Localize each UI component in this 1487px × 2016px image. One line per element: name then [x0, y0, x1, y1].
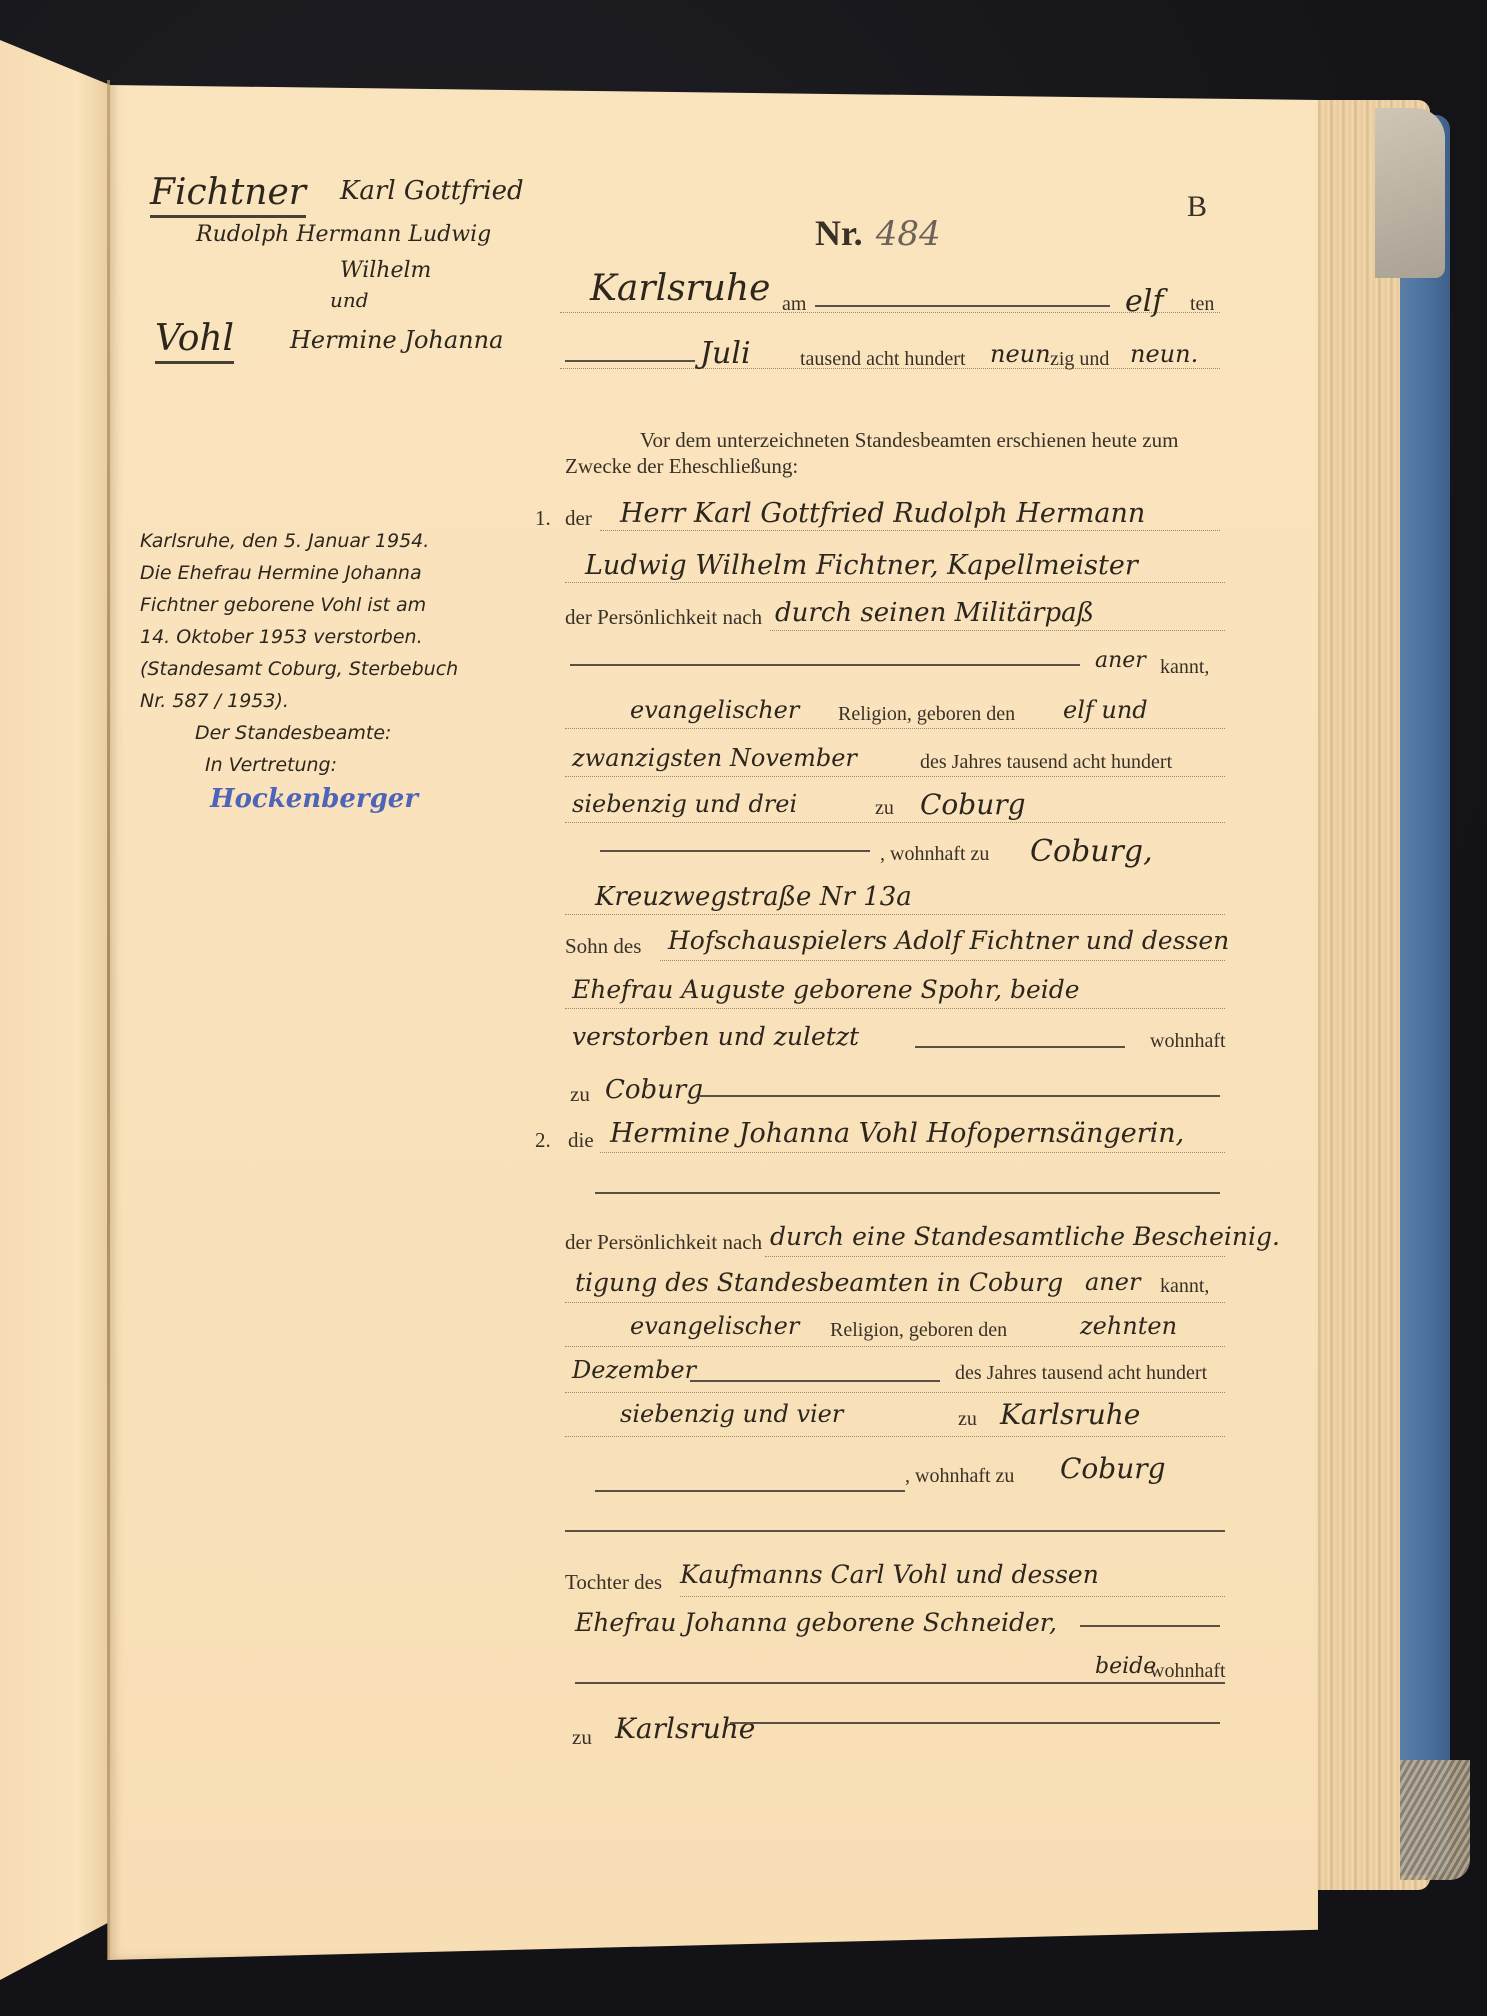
filler-line [915, 1046, 1125, 1048]
bride-identity-2: tigung des Standesbeamten in Coburg [575, 1268, 1063, 1297]
rule [560, 312, 1220, 313]
index-groom-surname: Fichtner [150, 172, 306, 218]
rule [565, 1346, 1225, 1347]
note-line: Karlsruhe, den 5. Januar 1954. [140, 525, 458, 557]
groom-parents-zu: zu [570, 1082, 590, 1107]
groom-birthplace: Coburg [920, 788, 1026, 821]
groom-zu: zu [875, 797, 894, 820]
marriage-month: Juli [700, 336, 751, 371]
rule [765, 1256, 1225, 1257]
marginal-death-note: Karlsruhe, den 5. Januar 1954. Die Ehefr… [140, 525, 458, 815]
bride-die: die [568, 1128, 594, 1153]
rule [600, 1152, 1225, 1153]
groom-birth-day-2: zwanzigsten November [572, 744, 857, 772]
bride-zu: zu [958, 1408, 977, 1431]
rule [680, 1596, 1225, 1597]
groom-number: 1. [535, 506, 551, 531]
spine-frayed-threads [1400, 1760, 1470, 1880]
bride-identity-label: der Persönlichkeit nach [565, 1230, 762, 1255]
index-bride-surname: Vohl [155, 318, 234, 364]
section-letter: B [1187, 190, 1207, 224]
filler-line [815, 305, 1110, 307]
filler-line [600, 850, 870, 852]
bride-religion: evangelischer [630, 1312, 799, 1340]
filler-line [570, 664, 1080, 666]
year-printed: tausend acht hundert [800, 348, 966, 371]
groom-identity: durch seinen Militärpaß [775, 598, 1094, 628]
bride-name-line: Hermine Johanna Vohl Hofopernsängerin, [610, 1118, 1184, 1149]
rule [770, 630, 1225, 631]
record-number-value: 484 [876, 214, 941, 254]
rule [660, 960, 1225, 961]
groom-name-line-1: Herr Karl Gottfried Rudolph Hermann [620, 498, 1145, 529]
groom-residence: Coburg, [1030, 834, 1153, 869]
bride-residence: Coburg [1060, 1452, 1166, 1485]
registrar-signature: Hockenberger [140, 783, 458, 815]
rule [565, 728, 1225, 729]
am-label: am [782, 293, 806, 316]
filler-line [595, 1192, 1220, 1194]
bride-year-label: des Jahres tausend acht hundert [955, 1362, 1207, 1385]
groom-known: aner [1095, 648, 1146, 673]
note-line: 14. Oktober 1953 verstorben. [140, 621, 458, 653]
bride-parents-2: Ehefrau Johanna geborene Schneider, [575, 1608, 1057, 1637]
groom-religion: evangelischer [630, 696, 799, 724]
book-spine [1400, 115, 1450, 1875]
filler-line [1080, 1625, 1220, 1627]
day-suffix: ten [1190, 293, 1214, 316]
index-conjunction: und [330, 288, 369, 312]
groom-parents-3: verstorben und zuletzt [572, 1022, 859, 1051]
record-number-label: Nr. [815, 213, 863, 253]
intro-line-1: Vor dem unterzeichneten Standesbeamten e… [640, 428, 1178, 453]
note-line: In Vertretung: [140, 749, 458, 781]
filler-line [595, 1490, 905, 1492]
bride-birth-year: siebenzig und vier [620, 1400, 843, 1428]
year-zig: zig und [1050, 348, 1109, 371]
filler-line [700, 1095, 1220, 1097]
bride-tochter-label: Tochter des [565, 1570, 662, 1595]
groom-name-line-2: Ludwig Wilhelm Fichtner, Kapellmeister [585, 550, 1138, 581]
groom-religion-label: Religion, geboren den [838, 703, 1015, 726]
bride-kannt: kannt, [1160, 1275, 1209, 1298]
filler-line [565, 360, 695, 362]
rule [600, 530, 1220, 531]
rule [565, 1436, 1225, 1437]
filler-line [565, 1530, 1225, 1532]
note-line: (Standesamt Coburg, Sterbebuch [140, 653, 458, 685]
groom-address: Kreuzwegstraße Nr 13a [595, 882, 912, 912]
bride-birth-month: Dezember [572, 1356, 696, 1384]
note-line: Der Standesbeamte: [140, 717, 458, 749]
groom-birth-year: siebenzig und drei [572, 790, 797, 818]
place-of-marriage: Karlsruhe [590, 268, 770, 309]
rule [565, 822, 1225, 823]
groom-der: der [565, 506, 592, 531]
intro-line-2: Zwecke der Eheschließung: [565, 454, 798, 479]
rule [565, 1008, 1225, 1009]
index-groom-given-3: Wilhelm [340, 258, 431, 283]
index-bride-given: Hermine Johanna [290, 326, 503, 354]
bride-parents-1: Kaufmanns Carl Vohl und dessen [680, 1560, 1099, 1589]
groom-kannt: kannt, [1160, 656, 1209, 679]
year-unit: neun. [1130, 340, 1198, 368]
bride-parents-zu: zu [572, 1725, 592, 1750]
groom-birth-day-1: elf und [1063, 696, 1148, 724]
left-page [0, 40, 110, 1980]
groom-wohnhaft-label: , wohnhaft zu [880, 843, 989, 866]
note-line: Die Ehefrau Hermine Johanna [140, 557, 458, 589]
groom-parents-2: Ehefrau Auguste geborene Spohr, beide [572, 975, 1080, 1004]
groom-parents-1: Hofschauspielers Adolf Fichtner und dess… [668, 926, 1229, 955]
bride-parents-wohnhaft: wohnhaft [1150, 1660, 1226, 1683]
marriage-day: elf [1125, 284, 1163, 319]
rule [565, 1392, 1225, 1393]
groom-sohn-label: Sohn des [565, 934, 641, 959]
groom-parents-wohnhaft: wohnhaft [1150, 1030, 1226, 1053]
groom-parents-residence: Coburg [605, 1075, 703, 1105]
bride-known: aner [1085, 1268, 1140, 1296]
record-number: Nr. 484 [815, 212, 941, 254]
bride-religion-label: Religion, geboren den [830, 1319, 1007, 1342]
bride-wohnhaft-label: , wohnhaft zu [905, 1465, 1014, 1488]
note-line: Fichtner geborene Vohl ist am [140, 589, 458, 621]
filler-line [730, 1722, 1220, 1724]
rule [565, 914, 1225, 915]
year-decade: neun [990, 340, 1051, 368]
bride-parents-beide: beide [1095, 1654, 1156, 1679]
groom-year-label: des Jahres tausend acht hundert [920, 751, 1172, 774]
bride-birthplace: Karlsruhe [1000, 1398, 1140, 1431]
rule [565, 776, 1225, 777]
index-groom-given-2: Rudolph Hermann Ludwig [196, 222, 491, 247]
index-groom-given: Karl Gottfried [340, 176, 524, 206]
bride-identity-1: durch eine Standesamtliche Bescheinig. [770, 1222, 1280, 1251]
filler-line [575, 1682, 1225, 1684]
bride-number: 2. [535, 1128, 551, 1153]
groom-identity-label: der Persönlichkeit nach [565, 605, 762, 630]
page-gutter [107, 80, 110, 1960]
bride-parents-residence: Karlsruhe [615, 1712, 755, 1745]
rule [565, 582, 1225, 583]
bride-birth-day: zehnten [1080, 1312, 1177, 1340]
spine-worn-corner [1375, 108, 1445, 278]
filler-line [690, 1380, 940, 1382]
note-line: Nr. 587 / 1953). [140, 685, 458, 717]
rule [565, 1302, 1225, 1303]
